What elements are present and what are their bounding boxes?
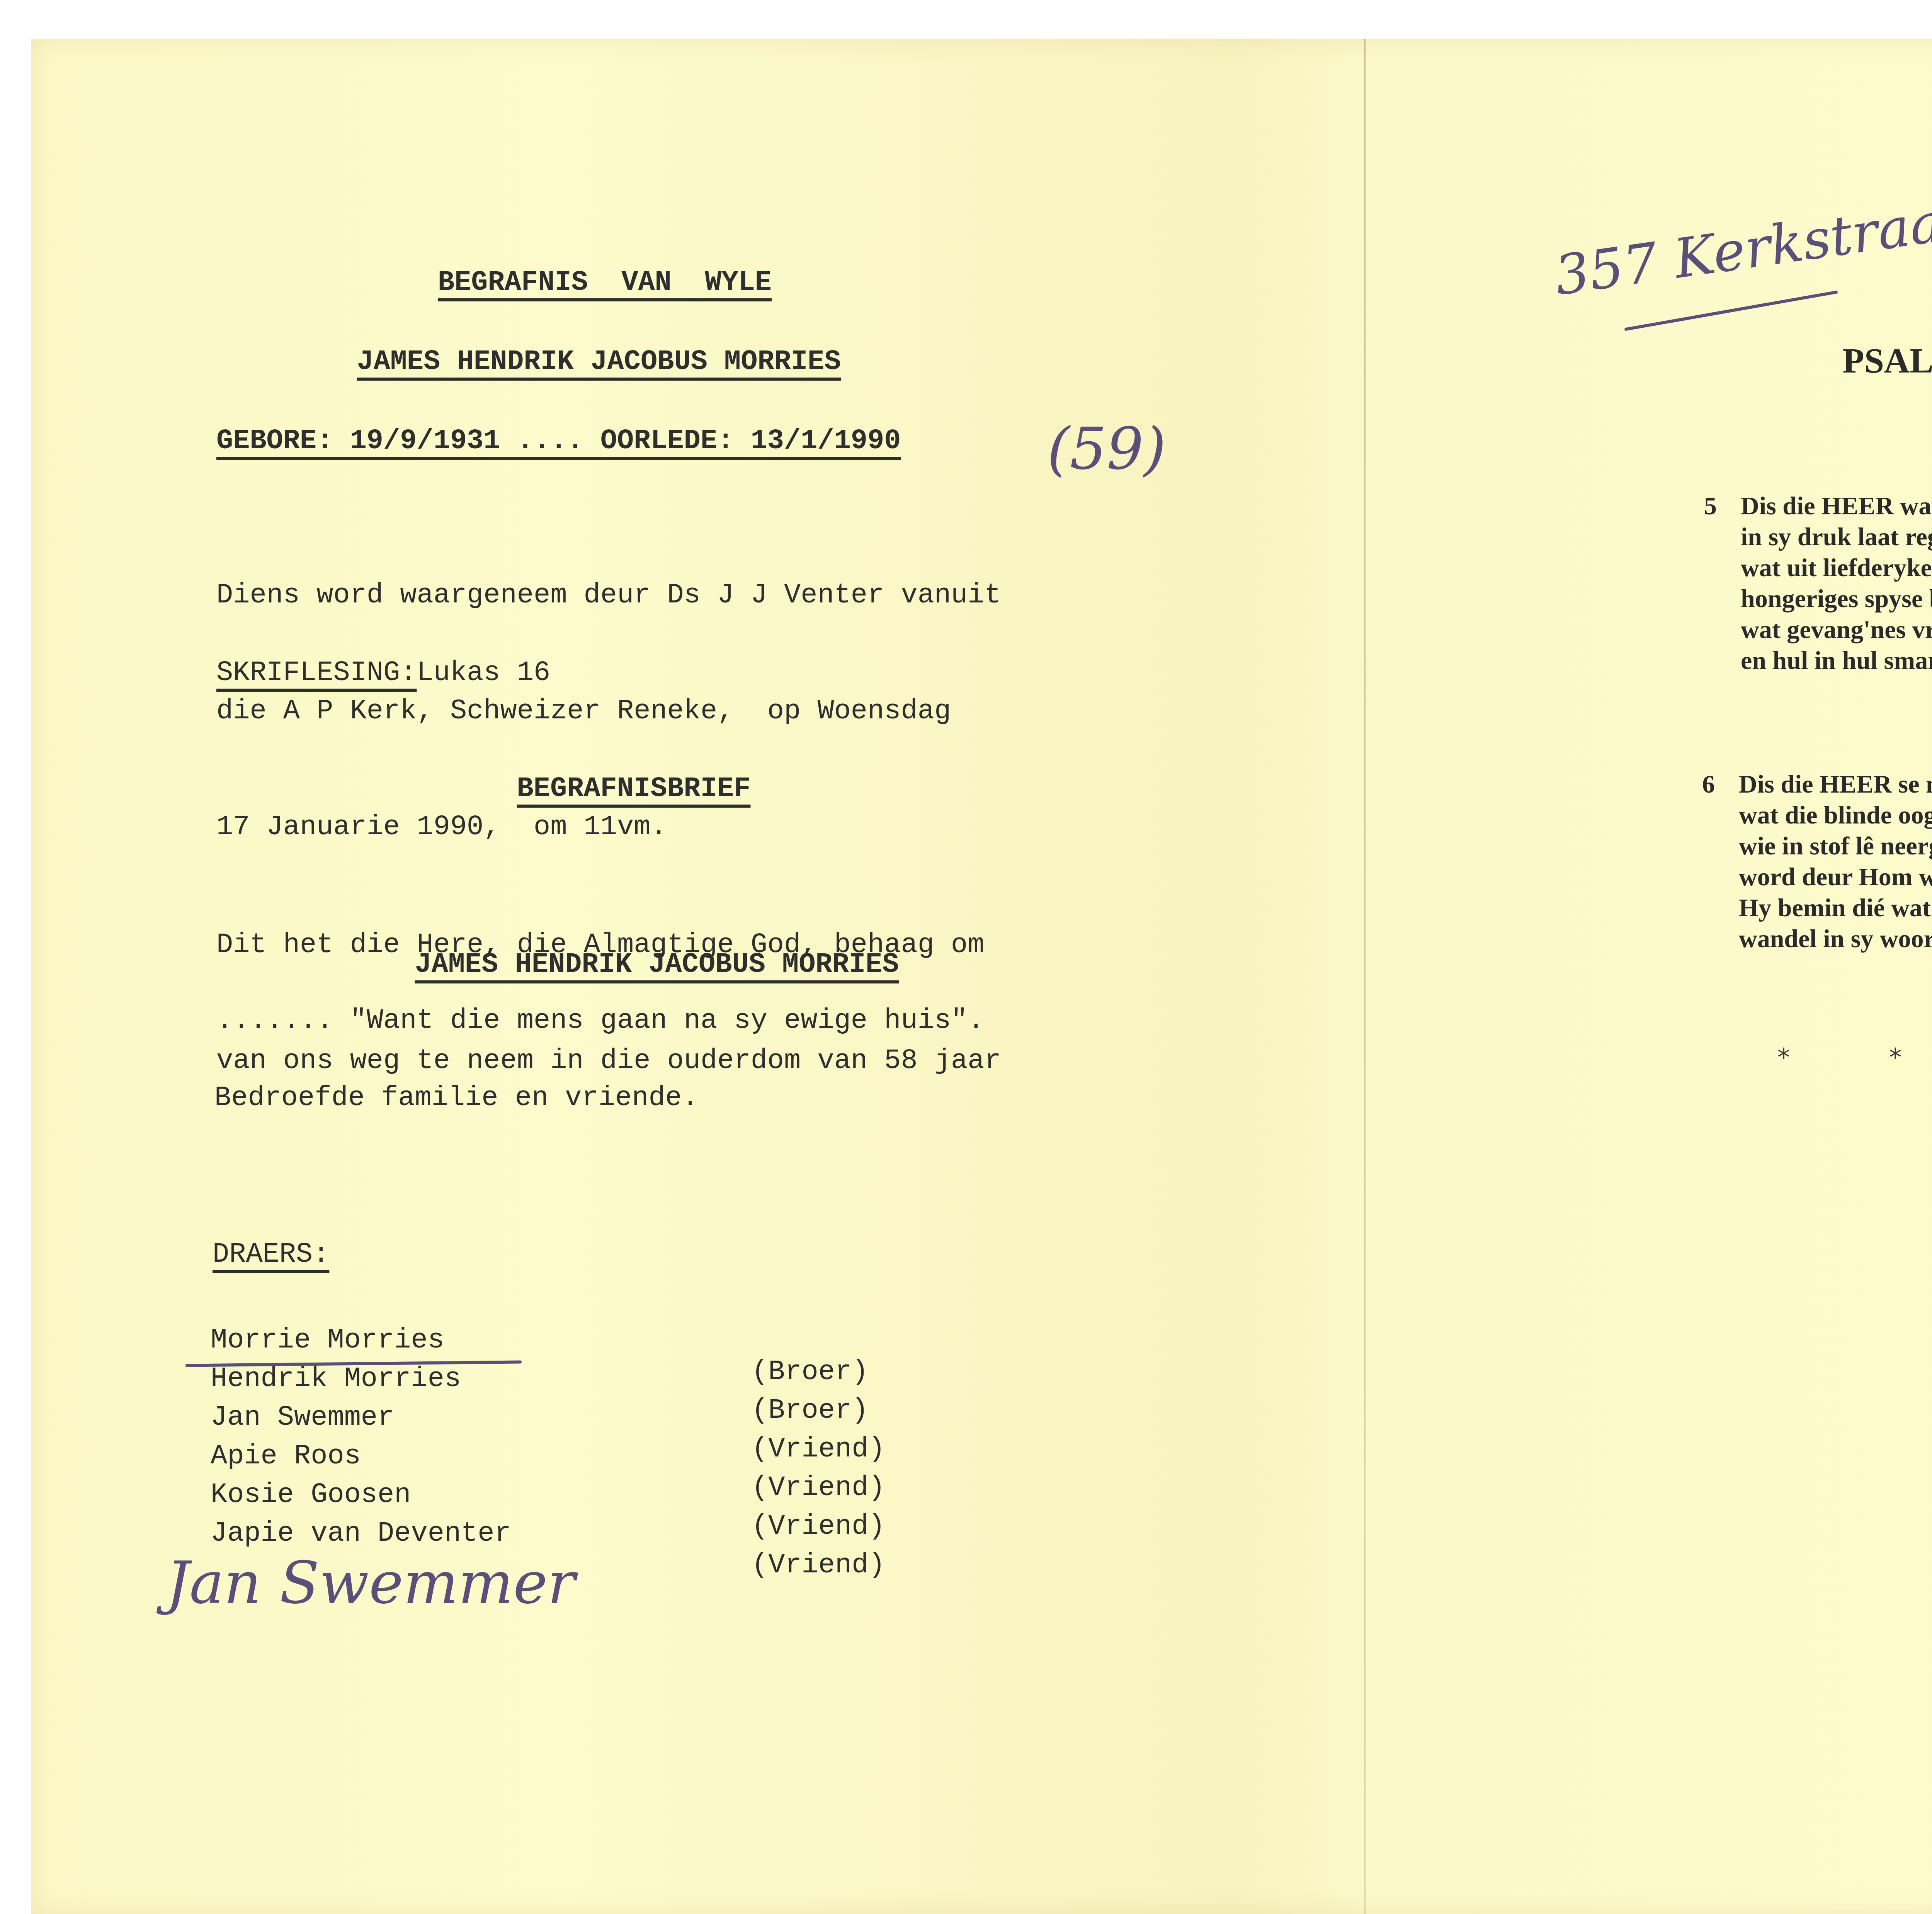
scripture-label: SKRIFLESING: bbox=[216, 657, 417, 689]
service-line: 17 Januarie 1990, om 11vm. bbox=[216, 808, 1001, 846]
letter-text: Dit het die Here, die Almagtige God, beh… bbox=[216, 848, 1001, 1119]
letter-heading: BEGRAFNISBRIEF bbox=[517, 773, 751, 805]
star-icon: * bbox=[1889, 1043, 1901, 1072]
psalm-verse-6: 6 Dis die HEER se mededoë wat die blinde… bbox=[1739, 769, 1932, 954]
heading-begrafnis: BEGRAFNIS VAN WYLE bbox=[438, 267, 772, 298]
bearer-row: Japie van Deventer (Vriend) bbox=[211, 1486, 945, 1524]
service-text: Diens word waargeneem deur Ds J J Venter… bbox=[216, 498, 1001, 885]
bearer-row: Apie Roos (Vriend) bbox=[211, 1409, 945, 1447]
service-line: die A P Kerk, Schweizer Reneke, op Woens… bbox=[216, 692, 1001, 730]
scripture-value: Lukas 16 bbox=[417, 657, 550, 689]
verse-line: wandel in sy woord en weg. bbox=[1739, 924, 1932, 954]
bearer-name: Japie van Deventer bbox=[211, 1518, 511, 1549]
bearer-relation: (Vriend) bbox=[752, 1549, 885, 1581]
bearer-row: Kosie Goosen (Vriend) bbox=[211, 1447, 945, 1486]
verse-number: 5 bbox=[1704, 491, 1717, 522]
handwritten-age: (59) bbox=[1047, 415, 1166, 483]
psalm-title: PSALM 146 bbox=[1843, 340, 1932, 381]
ornament-stars: * * * * bbox=[1777, 1043, 1932, 1072]
verse-line: in sy druk laat reg geskied, bbox=[1741, 522, 1932, 553]
verse-line: wat gevang'nes vryheid skenk bbox=[1741, 614, 1932, 645]
bearer-row: Jan Swemmer (Vriend) bbox=[211, 1370, 945, 1409]
quote-line: ....... "Want die mens gaan na sy ewige … bbox=[216, 1005, 985, 1036]
verse-line: wat uit liefderyke erbarme bbox=[1741, 553, 1932, 584]
closing-line: Bedroefde familie en vriende. bbox=[214, 1082, 699, 1114]
verse-line: Hy bemin dié wat opreg bbox=[1739, 893, 1932, 924]
scripture-line: SKRIFLESING:Lukas 16 bbox=[216, 657, 550, 689]
dates-line: GEBORE: 19/9/1931 .... OORLEDE: 13/1/199… bbox=[216, 425, 901, 457]
letter-line: van ons weg te neem in die ouderdom van … bbox=[216, 1041, 1001, 1080]
page-fold bbox=[1364, 39, 1366, 1914]
star-icon: * bbox=[1777, 1043, 1790, 1072]
psalm-verse-5: 5 Dis die HEER wat aan die arme in sy dr… bbox=[1741, 491, 1932, 676]
verse-line: en hul in hul smart gedenk. bbox=[1741, 645, 1932, 676]
deceased-name: JAMES HENDRIK JACOBUS MORRIES bbox=[357, 346, 841, 378]
verse-line: Dis die HEER se mededoë bbox=[1739, 769, 1932, 800]
verse-line: Dis die HEER wat aan die arme bbox=[1741, 491, 1932, 522]
verse-number: 6 bbox=[1702, 769, 1715, 800]
bearers-heading: DRAERS: bbox=[213, 1239, 329, 1270]
verse-line: wat die blinde oog verlig; bbox=[1739, 800, 1932, 831]
service-line: Diens word waargeneem deur Ds J J Venter… bbox=[216, 576, 1001, 614]
letter-deceased-name: JAMES HENDRIK JACOBUS MORRIES bbox=[415, 949, 899, 980]
bearer-row: Morrie Morries (Broer) bbox=[211, 1293, 945, 1331]
verse-line: word deur Hom weer opgerig. bbox=[1739, 862, 1932, 893]
handwritten-signature: Jan Swemmer bbox=[166, 1550, 575, 1617]
verse-line: wie in stof lê neergeboë, bbox=[1739, 831, 1932, 862]
verse-line: hongeriges spyse bied; bbox=[1741, 584, 1932, 614]
